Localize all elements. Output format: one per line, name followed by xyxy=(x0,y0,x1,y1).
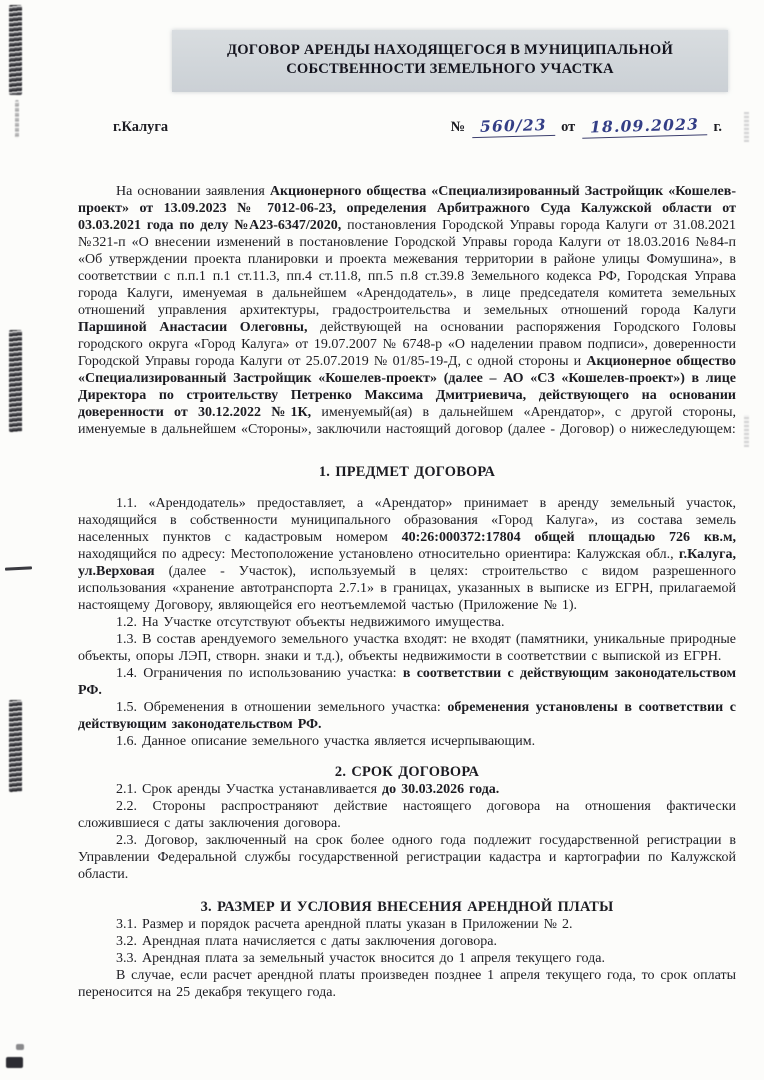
clause-1-4: 1.4. Ограничения по использованию участк… xyxy=(78,665,736,699)
clause-3-2: 3.2. Арендная плата начисляется с даты з… xyxy=(78,933,736,950)
text-segment: Паршиной Анастасии Олеговны, xyxy=(78,320,320,335)
city-label: г.Калуга xyxy=(113,119,168,136)
clause-1-6: 1.6. Данное описание земельного участка … xyxy=(78,733,736,750)
handwritten-doc-date: 18.09.2023 xyxy=(582,114,708,138)
number-sign: № xyxy=(451,119,465,135)
scan-artifact-dash xyxy=(5,566,32,570)
scan-artifact-bottom-blob xyxy=(6,1057,23,1068)
clause-2-1: 2.1. Срок аренды Участка устанавливается… xyxy=(78,781,736,798)
document-title-line1: ДОГОВОР АРЕНДЫ НАХОДЯЩЕГОСЯ В МУНИЦИПАЛЬ… xyxy=(178,41,722,60)
scan-artifact-lower-left xyxy=(9,700,22,792)
clause-3-3: 3.3. Арендная плата за земельный участок… xyxy=(78,950,736,967)
text-segment: В случае, если расчет арендной платы про… xyxy=(78,968,736,1000)
text-segment: постановления Городской Управы города Ка… xyxy=(78,218,736,318)
clause-1-5: 1.5. Обременения в отношении земельного … xyxy=(78,699,736,733)
scan-artifact-right-top xyxy=(744,112,749,142)
year-suffix: г. xyxy=(713,119,722,135)
section-3-heading: 3. РАЗМЕР И УСЛОВИЯ ВНЕСЕНИЯ АРЕНДНОЙ ПЛ… xyxy=(78,899,736,916)
text-segment: 2.3. Договор, заключенный на срок более … xyxy=(78,833,736,882)
text-segment: На основании заявления xyxy=(116,184,270,199)
text-segment: 1.2. На Участке отсутствуют объекты недв… xyxy=(116,615,504,630)
document-content: ДОГОВОР АРЕНДЫ НАХОДЯЩЕГОСЯ В МУНИЦИПАЛЬ… xyxy=(78,30,736,1001)
section-1-heading: 1. ПРЕДМЕТ ДОГОВОРА xyxy=(78,464,736,481)
clause-2-3: 2.3. Договор, заключенный на срок более … xyxy=(78,832,736,883)
text-segment: 40:26:000372:17804 общей площадью 726 кв… xyxy=(402,530,736,545)
document-title-highlight: ДОГОВОР АРЕНДЫ НАХОДЯЩЕГОСЯ В МУНИЦИПАЛЬ… xyxy=(172,30,728,92)
text-segment: 3.3. Арендная плата за земельный участок… xyxy=(116,951,605,966)
text-segment: 2.2. Стороны распространяют действие нас… xyxy=(78,799,736,831)
scan-artifact-bottom-small xyxy=(16,1044,24,1050)
body-text: На основании заявления Акционерного обще… xyxy=(78,183,736,1001)
date-label: от xyxy=(561,119,575,135)
text-segment: 3.2. Арендная плата начисляется с даты з… xyxy=(116,934,497,949)
header-row: г.Калуга № 560/23 от 18.09.2023 г. xyxy=(78,116,736,137)
clause-1-1: 1.1. «Арендодатель» предоставляет, а «Ар… xyxy=(78,495,736,614)
section-2-heading: 2. СРОК ДОГОВОРА xyxy=(78,764,736,781)
text-segment: 3.1. Размер и порядок расчета арендной п… xyxy=(116,917,572,932)
handwritten-doc-number: 560/23 xyxy=(471,115,554,138)
clause-2-2: 2.2. Стороны распространяют действие нас… xyxy=(78,798,736,832)
clause-1-2: 1.2. На Участке отсутствуют объекты недв… xyxy=(78,614,736,631)
text-segment: 2.1. Срок аренды Участка устанавливается xyxy=(116,782,382,797)
doc-number-group: № 560/23 от 18.09.2023 г. xyxy=(451,116,736,137)
text-segment: 1.6. Данное описание земельного участка … xyxy=(116,734,535,749)
text-segment: (далее - Участок), используемый в целях:… xyxy=(78,564,736,613)
preamble-paragraph: На основании заявления Акционерного обще… xyxy=(78,183,736,438)
text-segment: 1.4. Ограничения по использованию участк… xyxy=(116,666,403,681)
document-title-line2: СОБСТВЕННОСТИ ЗЕМЕЛЬНОГО УЧАСТКА xyxy=(178,60,722,79)
clause-1-3: 1.3. В состав арендуемого земельного уча… xyxy=(78,631,736,665)
scan-artifact-mid-left xyxy=(9,330,22,432)
text-segment: находящийся по адресу: Местоположение ус… xyxy=(78,547,679,562)
text-segment: 1.5. Обременения в отношении земельного … xyxy=(116,700,447,715)
text-segment: до 30.03.2026 года. xyxy=(382,782,499,797)
scan-artifact-top-left xyxy=(9,5,22,95)
clause-3-3-note: В случае, если расчет арендной платы про… xyxy=(78,967,736,1001)
scan-artifact-right-mid xyxy=(744,415,749,447)
scan-artifact-left-thin xyxy=(15,100,19,138)
clause-3-1: 3.1. Размер и порядок расчета арендной п… xyxy=(78,916,736,933)
scanned-contract-page: ДОГОВОР АРЕНДЫ НАХОДЯЩЕГОСЯ В МУНИЦИПАЛЬ… xyxy=(0,0,764,1080)
text-segment: 1.3. В состав арендуемого земельного уча… xyxy=(78,632,736,664)
